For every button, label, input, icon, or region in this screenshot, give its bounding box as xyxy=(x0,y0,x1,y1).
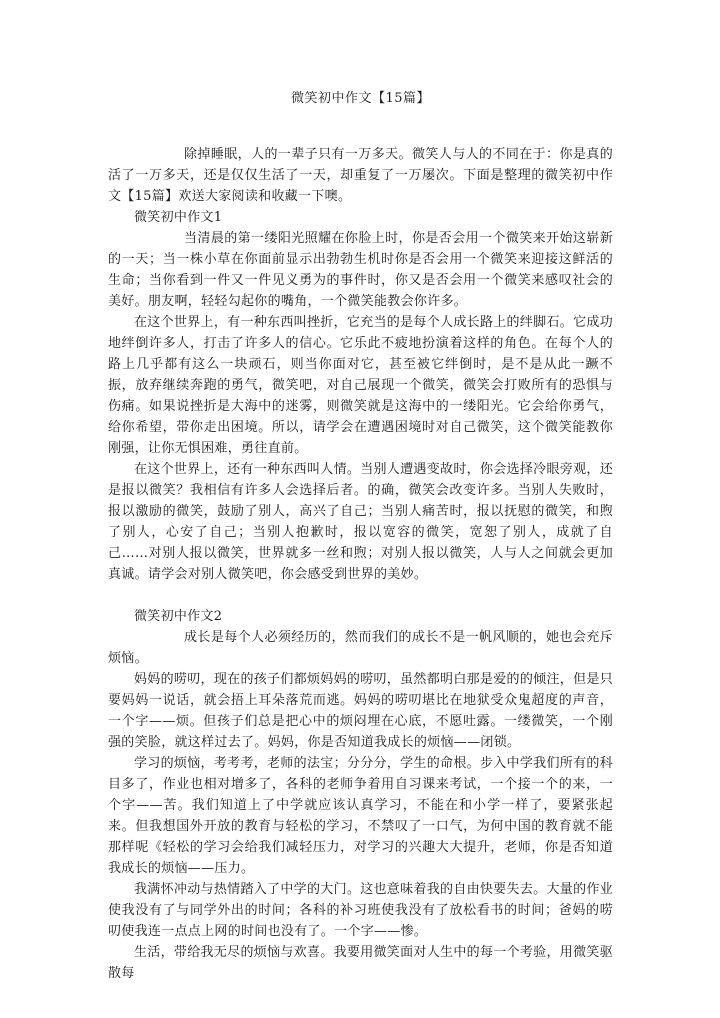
intro-paragraph: 除掉睡眠，人的一辈子只有一万多天。微笑人与人的不同在于：你是真的活了一万多天，还… xyxy=(108,144,613,207)
essay-paragraph: 当清晨的第一缕阳光照耀在你脸上时，你是否会用一个微笑来开始这崭新的一天；当一株小… xyxy=(108,228,613,312)
essay-heading: 微笑初中作文1 xyxy=(108,207,613,228)
document-title: 微笑初中作文【15篇】 xyxy=(108,89,613,109)
essay-paragraph: 生活，带给我无尽的烦恼与欢喜。我要用微笑面对人生中的每一个考验，用微笑驱散每 xyxy=(108,942,613,984)
essay-paragraph: 在这个世界上，有一种东西叫挫折，它充当的是每个人成长路上的绊脚石。它成功地绊倒许… xyxy=(108,312,613,459)
essay-paragraph: 妈妈的唠叨，现在的孩子们都烦妈妈的唠叨，虽然都明白那是爱的的倾注，但是只要妈妈一… xyxy=(108,669,613,753)
essay-heading: 微笑初中作文2 xyxy=(108,606,613,627)
section-spacer xyxy=(108,585,613,606)
document-body: 除掉睡眠，人的一辈子只有一万多天。微笑人与人的不同在于：你是真的活了一万多天，还… xyxy=(108,144,613,984)
essay-paragraph: 在这个世界上，还有一种东西叫人情。当别人遭遇变故时，你会选择冷眼旁观，还是报以微… xyxy=(108,459,613,585)
essay-paragraph: 我满怀冲动与热情踏入了中学的大门。这也意味着我的自由快要失去。大量的作业使我没有… xyxy=(108,879,613,942)
essay-paragraph: 学习的烦恼，考考考，老师的法宝；分分分，学生的命根。步入中学我们所有的科目多了，… xyxy=(108,753,613,879)
essay-paragraph: 成长是每个人必须经历的，然而我们的成长不是一帆风顺的，她也会充斥烦恼。 xyxy=(108,627,613,669)
